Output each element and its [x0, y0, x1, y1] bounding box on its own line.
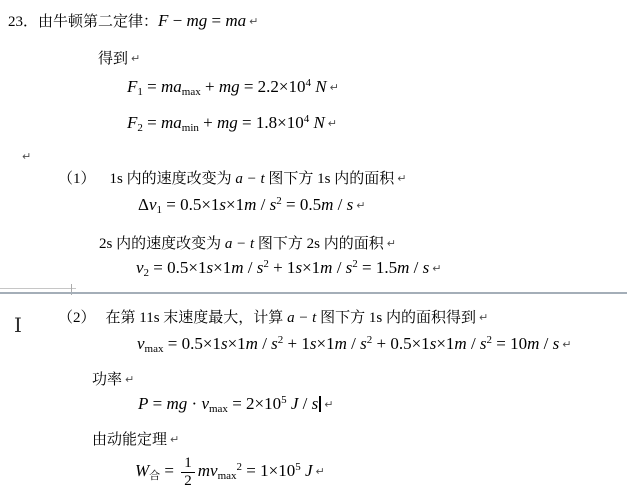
paragraph-mark: ↵ — [131, 52, 140, 65]
text-caret — [319, 396, 321, 412]
line-part2-intro: （2）在第 11s 末速度最大，计算 a − t 图下方 1s 内的面积得到↵ — [58, 306, 488, 327]
list-number-1: （1） — [58, 167, 96, 188]
paragraph-mark: ↵ — [479, 311, 488, 324]
line-formula-dv1: Δv1 = 0.5×1s×1m / s2 = 0.5m / s↵ — [138, 195, 365, 216]
document-page[interactable]: 23．由牛顿第二定律：F − mg = ma↵ 得到↵ F1 = mamax +… — [0, 0, 627, 490]
paragraph-mark: ↵ — [328, 117, 337, 130]
line-gonglv: 功率↵ — [92, 368, 134, 389]
line-2s-intro: 2s 内的速度改变为 a − t 图下方 2s 内的面积↵ — [99, 232, 396, 253]
line-empty-paragraph: ↵ — [22, 148, 31, 166]
line-problem-statement: 23．由牛顿第二定律：F − mg = ma↵ — [8, 10, 258, 31]
paragraph-mark: ↵ — [397, 172, 406, 185]
gonglv-label: 功率 — [92, 372, 122, 388]
formula-w-right: mvmax2 = 1×105 J — [198, 461, 313, 480]
ibeam-cursor-icon: I — [14, 315, 22, 335]
line-dedao: 得到↵ — [98, 47, 140, 68]
formula-power: P = mg · vmax = 2×105 J / s — [138, 394, 318, 413]
list-number-2: （2） — [58, 306, 96, 327]
line-formula-f2: F2 = mamin + mg = 1.8×104 N↵ — [127, 113, 337, 134]
formula-w-left: W合 = — [135, 461, 178, 480]
paragraph-mark: ↵ — [125, 373, 134, 386]
line-dongneng: 由动能定理↵ — [92, 428, 179, 449]
formula-f2: F2 = mamin + mg = 1.8×104 N — [127, 113, 325, 132]
dongneng-label: 由动能定理 — [92, 432, 167, 448]
paragraph-mark: ↵ — [316, 465, 325, 478]
paragraph-mark: ↵ — [22, 150, 31, 163]
formula-f1: F1 = mamax + mg = 2.2×104 N — [127, 77, 327, 96]
paragraph-mark: ↵ — [562, 338, 571, 351]
dedao-label: 得到 — [98, 51, 128, 67]
problem-number: 23． — [8, 14, 38, 30]
paragraph-mark: ↵ — [324, 398, 333, 411]
part1-text: 1s 内的速度改变为 a − t 图下方 1s 内的面积 — [110, 171, 395, 187]
statement-label: 由牛顿第二定律： — [38, 14, 158, 30]
fraction-one-half: 12 — [181, 455, 195, 490]
line-formula-w: W合 = 12mvmax2 = 1×105 J↵ — [135, 455, 325, 490]
page-margin-line — [0, 288, 76, 289]
line-formula-vmax: vmax = 0.5×1s×1m / s2 + 1s×1m / s2 + 0.5… — [137, 334, 572, 355]
paragraph-mark: ↵ — [387, 237, 396, 250]
part2-text: 在第 11s 末速度最大，计算 a − t 图下方 1s 内的面积得到 — [106, 310, 476, 326]
formula-delta-v1: Δv1 = 0.5×1s×1m / s2 = 0.5m / s — [138, 195, 353, 214]
paragraph-mark: ↵ — [356, 199, 365, 212]
fraction-denominator: 2 — [181, 473, 195, 490]
line-formula-f1: F1 = mamax + mg = 2.2×104 N↵ — [127, 77, 339, 98]
page-divider-line — [0, 292, 627, 294]
line-part1-intro: （1）1s 内的速度改变为 a − t 图下方 1s 内的面积↵ — [58, 167, 406, 188]
line-formula-v2: v2 = 0.5×1s×1m / s2 + 1s×1m / s2 = 1.5m … — [136, 258, 442, 279]
2s-text: 2s 内的速度改变为 a − t 图下方 2s 内的面积 — [99, 236, 384, 252]
formula-v2: v2 = 0.5×1s×1m / s2 + 1s×1m / s2 = 1.5m … — [136, 258, 429, 277]
line-formula-p: P = mg · vmax = 2×105 J / s↵ — [138, 394, 334, 415]
formula-newton-second-law: F − mg = ma — [158, 11, 246, 30]
paragraph-mark: ↵ — [170, 433, 179, 446]
paragraph-mark: ↵ — [432, 262, 441, 275]
paragraph-mark: ↵ — [249, 15, 258, 28]
fraction-numerator: 1 — [181, 455, 195, 473]
formula-vmax: vmax = 0.5×1s×1m / s2 + 1s×1m / s2 + 0.5… — [137, 334, 559, 353]
paragraph-mark: ↵ — [330, 81, 339, 94]
